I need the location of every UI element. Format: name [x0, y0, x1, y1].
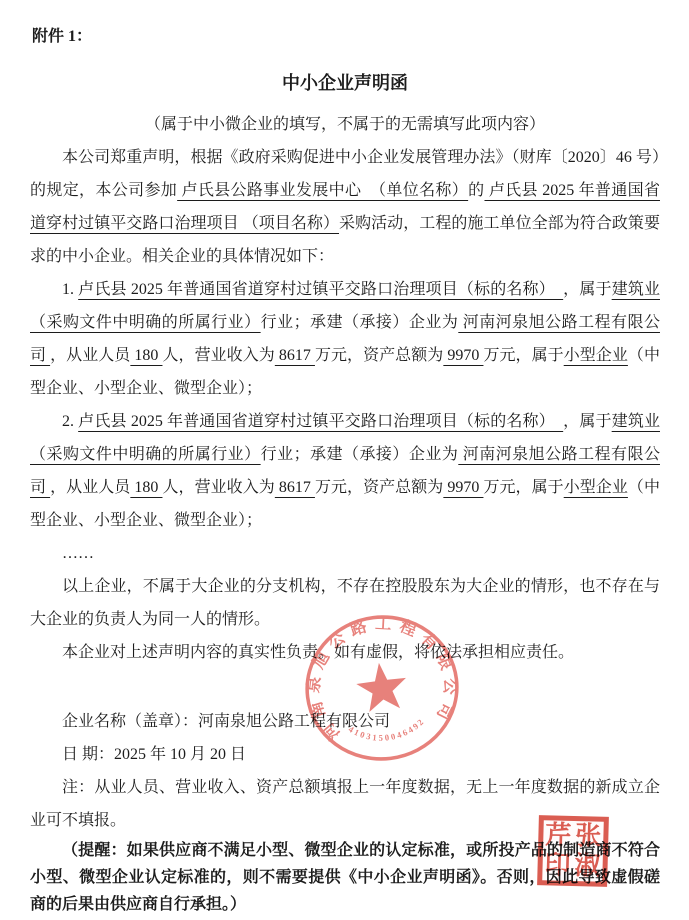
seal-char: 淑 — [572, 851, 603, 882]
company-name-line: 企业名称（盖章）：河南泉旭公路工程有限公司 — [30, 705, 660, 738]
text-run: ，属于 — [563, 413, 611, 430]
filled-blank: 卢氏县 2025 年普通国省道穿村过镇平交路口治理项目（标的名称） — [78, 281, 563, 298]
date-line: 日 期：2025 年 10 月 20 日 — [30, 738, 660, 771]
text-run: 河南泉旭公路工程有限公司 — [198, 713, 390, 730]
personal-name-seal: 芹张印淑 — [537, 815, 609, 887]
document-content: 附件 1： 中小企业声明函 （属于中小微企业的填写，不属于的无需填写此项内容） … — [0, 0, 689, 918]
text-run: 行业；承建（承接）企业为 — [261, 446, 459, 463]
authenticity-clause: 本企业对上述声明内容的真实性负责。如有虚假，将依法承担相应责任。 — [30, 636, 660, 669]
document-body: 本公司郑重声明，根据《政府采购促进中小企业发展管理办法》（财库〔2020〕46 … — [30, 141, 660, 918]
declaration-intro: 本公司郑重声明，根据《政府采购促进中小企业发展管理办法》（财库〔2020〕46 … — [30, 141, 660, 273]
text-run: 万元，资产总额为 — [315, 479, 443, 496]
filled-blank: 卢氏县 2025 年普通国省道穿村过镇平交路口治理项目（标的名称） — [78, 413, 563, 430]
filled-blank: 小型企业 — [564, 347, 628, 364]
filled-blank: 8617 — [275, 347, 315, 364]
item-1: 1. 卢氏县 2025 年普通国省道穿村过镇平交路口治理项目（标的名称） ，属于… — [30, 273, 660, 405]
text-run: …… — [62, 545, 94, 562]
filled-blank: 180 — [130, 347, 162, 364]
filled-blank: 9970 — [443, 479, 483, 496]
text-run: 万元，属于 — [483, 479, 563, 496]
text-run: ，从业人员 — [50, 479, 130, 496]
text-run: 1. — [62, 281, 78, 298]
text-run: 以上企业，不属于大企业的分支机构，不存在控股股东为大企业的情形，也不存在与大企业… — [30, 578, 660, 628]
text-run: 万元，属于 — [483, 347, 563, 364]
item-2: 2. 卢氏县 2025 年普通国省道穿村过镇平交路口治理项目（标的名称） ，属于… — [30, 405, 660, 537]
text-run: ，从业人员 — [50, 347, 130, 364]
filled-blank: 卢氏县公路事业发展中心 （单位名称） — [177, 182, 468, 199]
text-run: 的 — [468, 182, 484, 199]
seal-char: 印 — [542, 850, 573, 881]
attachment-label: 附件 1： — [32, 20, 660, 53]
seal-char: 张 — [573, 821, 604, 852]
text-run: 行业；承建（承接）企业为 — [261, 314, 459, 331]
text-run: ，属于 — [563, 281, 611, 298]
text-run: 人，营业收入为 — [162, 479, 274, 496]
filled-blank: 180 — [130, 479, 162, 496]
text-run: 企业名称（盖章）： — [62, 713, 198, 730]
filled-blank: 9970 — [443, 347, 483, 364]
text-run: 万元，资产总额为 — [315, 347, 443, 364]
page-title: 中小企业声明函 — [30, 67, 660, 100]
text-run: 本企业对上述声明内容的真实性负责。如有虚假，将依法承担相应责任。 — [62, 644, 574, 661]
ellipsis-line: …… — [30, 537, 660, 570]
seal-char: 芹 — [543, 820, 574, 851]
page-subtitle: （属于中小微企业的填写，不属于的无需填写此项内容） — [30, 108, 660, 141]
text-run: 2. — [62, 413, 78, 430]
text-run: 人，营业收入为 — [162, 347, 274, 364]
text-run: 日 期：2025 年 10 月 20 日 — [62, 746, 246, 763]
filled-blank: 小型企业 — [564, 479, 628, 496]
document-page: 附件 1： 中小企业声明函 （属于中小微企业的填写，不属于的无需填写此项内容） … — [0, 0, 689, 920]
filled-blank: 8617 — [275, 479, 315, 496]
no-affiliation-clause: 以上企业，不属于大企业的分支机构，不存在控股股东为大企业的情形，也不存在与大企业… — [30, 570, 660, 636]
